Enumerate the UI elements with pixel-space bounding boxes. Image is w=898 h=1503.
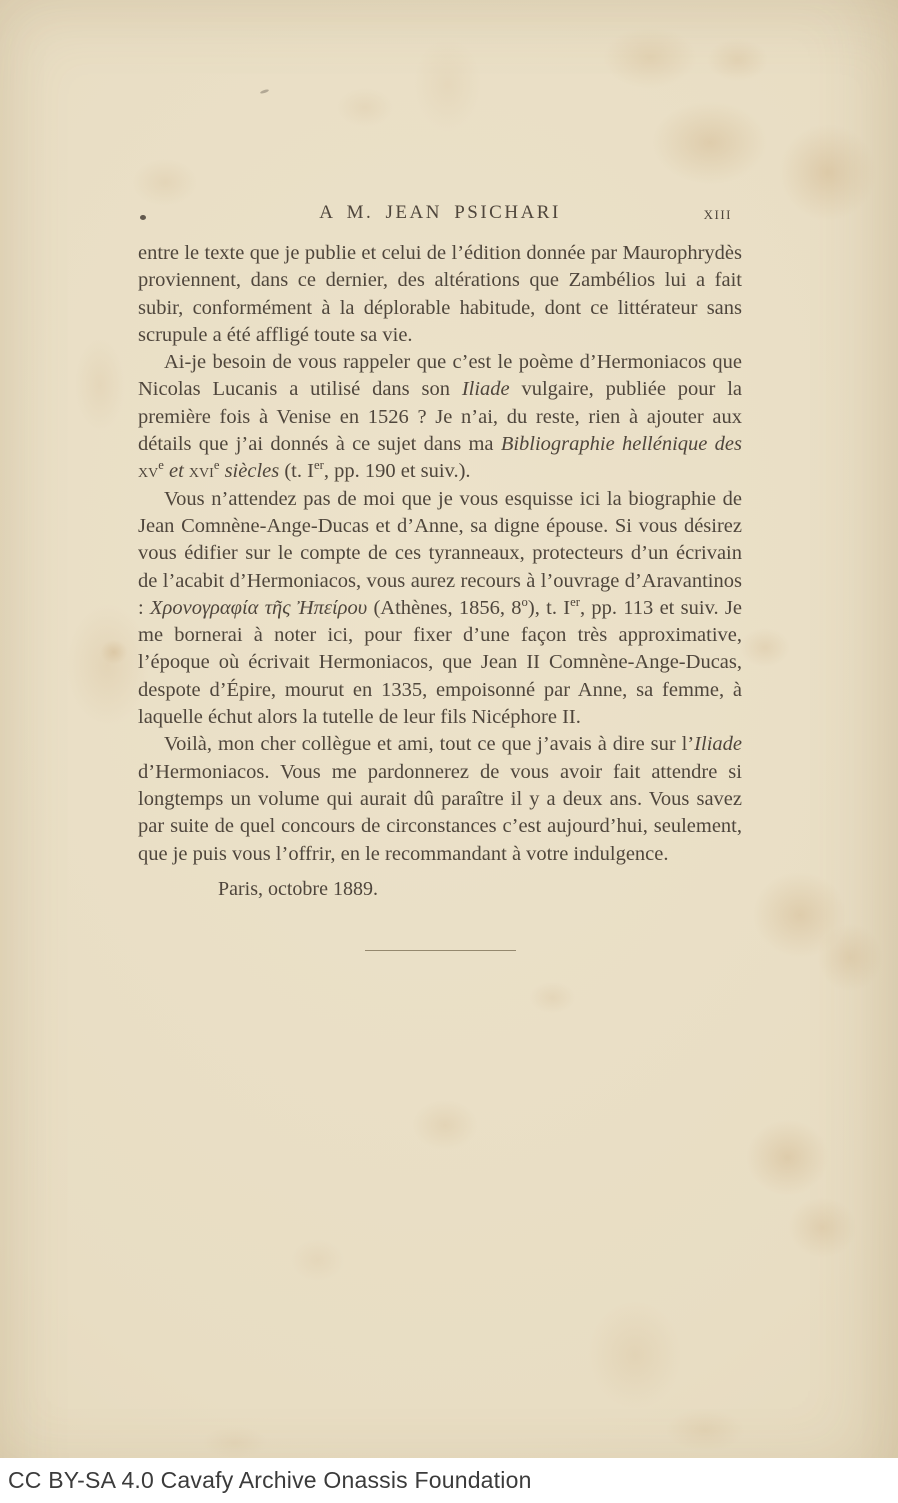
text-segment: ), t. I [528,597,570,619]
foxing-stain [65,320,135,450]
foxing-stain [695,30,780,90]
text-segment: , pp. 190 et suiv.). [324,460,471,482]
running-title: A M. JEAN PSICHARI [138,202,742,224]
text-segment: siècles [219,460,279,482]
foxing-stain [760,105,895,240]
foxing-stain [570,1280,700,1430]
foxing-stain [650,1400,760,1460]
text-segment: Voilà, mon cher collègue et ami, tout ce… [164,733,694,755]
ink-speck [260,89,269,95]
foxing-stain [735,855,865,975]
foxing-stain [400,1090,490,1160]
text-segment: Iliade [694,733,742,755]
foxing-stain [95,635,133,669]
page-number: xiii [704,203,732,224]
text-segment: entre le texte que je publie et celui de… [138,242,742,346]
text-segment: Χρονογραφία τῆς Ἠπείρου [150,597,367,619]
page-header: A M. JEAN PSICHARI xiii [138,202,742,224]
foxing-stain [805,910,895,1005]
text-segment: xv [138,460,158,482]
foxing-stain [730,1105,845,1210]
foxing-stain [520,975,585,1020]
foxing-stain [280,1230,355,1290]
text-segment: Bibliographie hellénique des [501,433,742,455]
text-segment: (t. I [279,460,314,482]
text-segment: et [164,460,189,482]
screenshot-root: A M. JEAN PSICHARI xiii entre le texte q… [0,0,898,1503]
book-page-scan: A M. JEAN PSICHARI xiii entre le texte q… [0,0,898,1503]
text-segment: xvi [189,460,214,482]
text-segment: er [314,459,324,473]
text-segment: Iliade [462,378,510,400]
dateline: Paris, octobre 1889. [138,876,742,903]
foxing-stain [775,1185,870,1270]
paragraph: Voilà, mon cher collègue et ami, tout ce… [138,731,742,867]
text-segment: d’Hermoniacos. Vous me pardonnerez de vo… [138,761,742,865]
paragraph: Vous n’attendez pas de moi que je vous e… [138,486,742,732]
text-segment: er [570,595,580,609]
letter-body: entre le texte que je publie et celui de… [138,240,742,951]
paragraph: entre le texte que je publie et celui de… [138,240,742,349]
text-segment: (Athènes, 1856, 8 [367,597,521,619]
paragraph: Ai-je besoin de vous rappeler que c’est … [138,349,742,485]
foxing-stain [400,20,495,150]
license-bar: CC BY-SA 4.0 Cavafy Archive Onassis Foun… [0,1458,898,1503]
foxing-stain [325,80,405,135]
foxing-stain [585,15,715,100]
license-text: CC BY-SA 4.0 Cavafy Archive Onassis Foun… [0,1467,532,1494]
section-divider [365,950,516,951]
foxing-stain [630,85,790,200]
